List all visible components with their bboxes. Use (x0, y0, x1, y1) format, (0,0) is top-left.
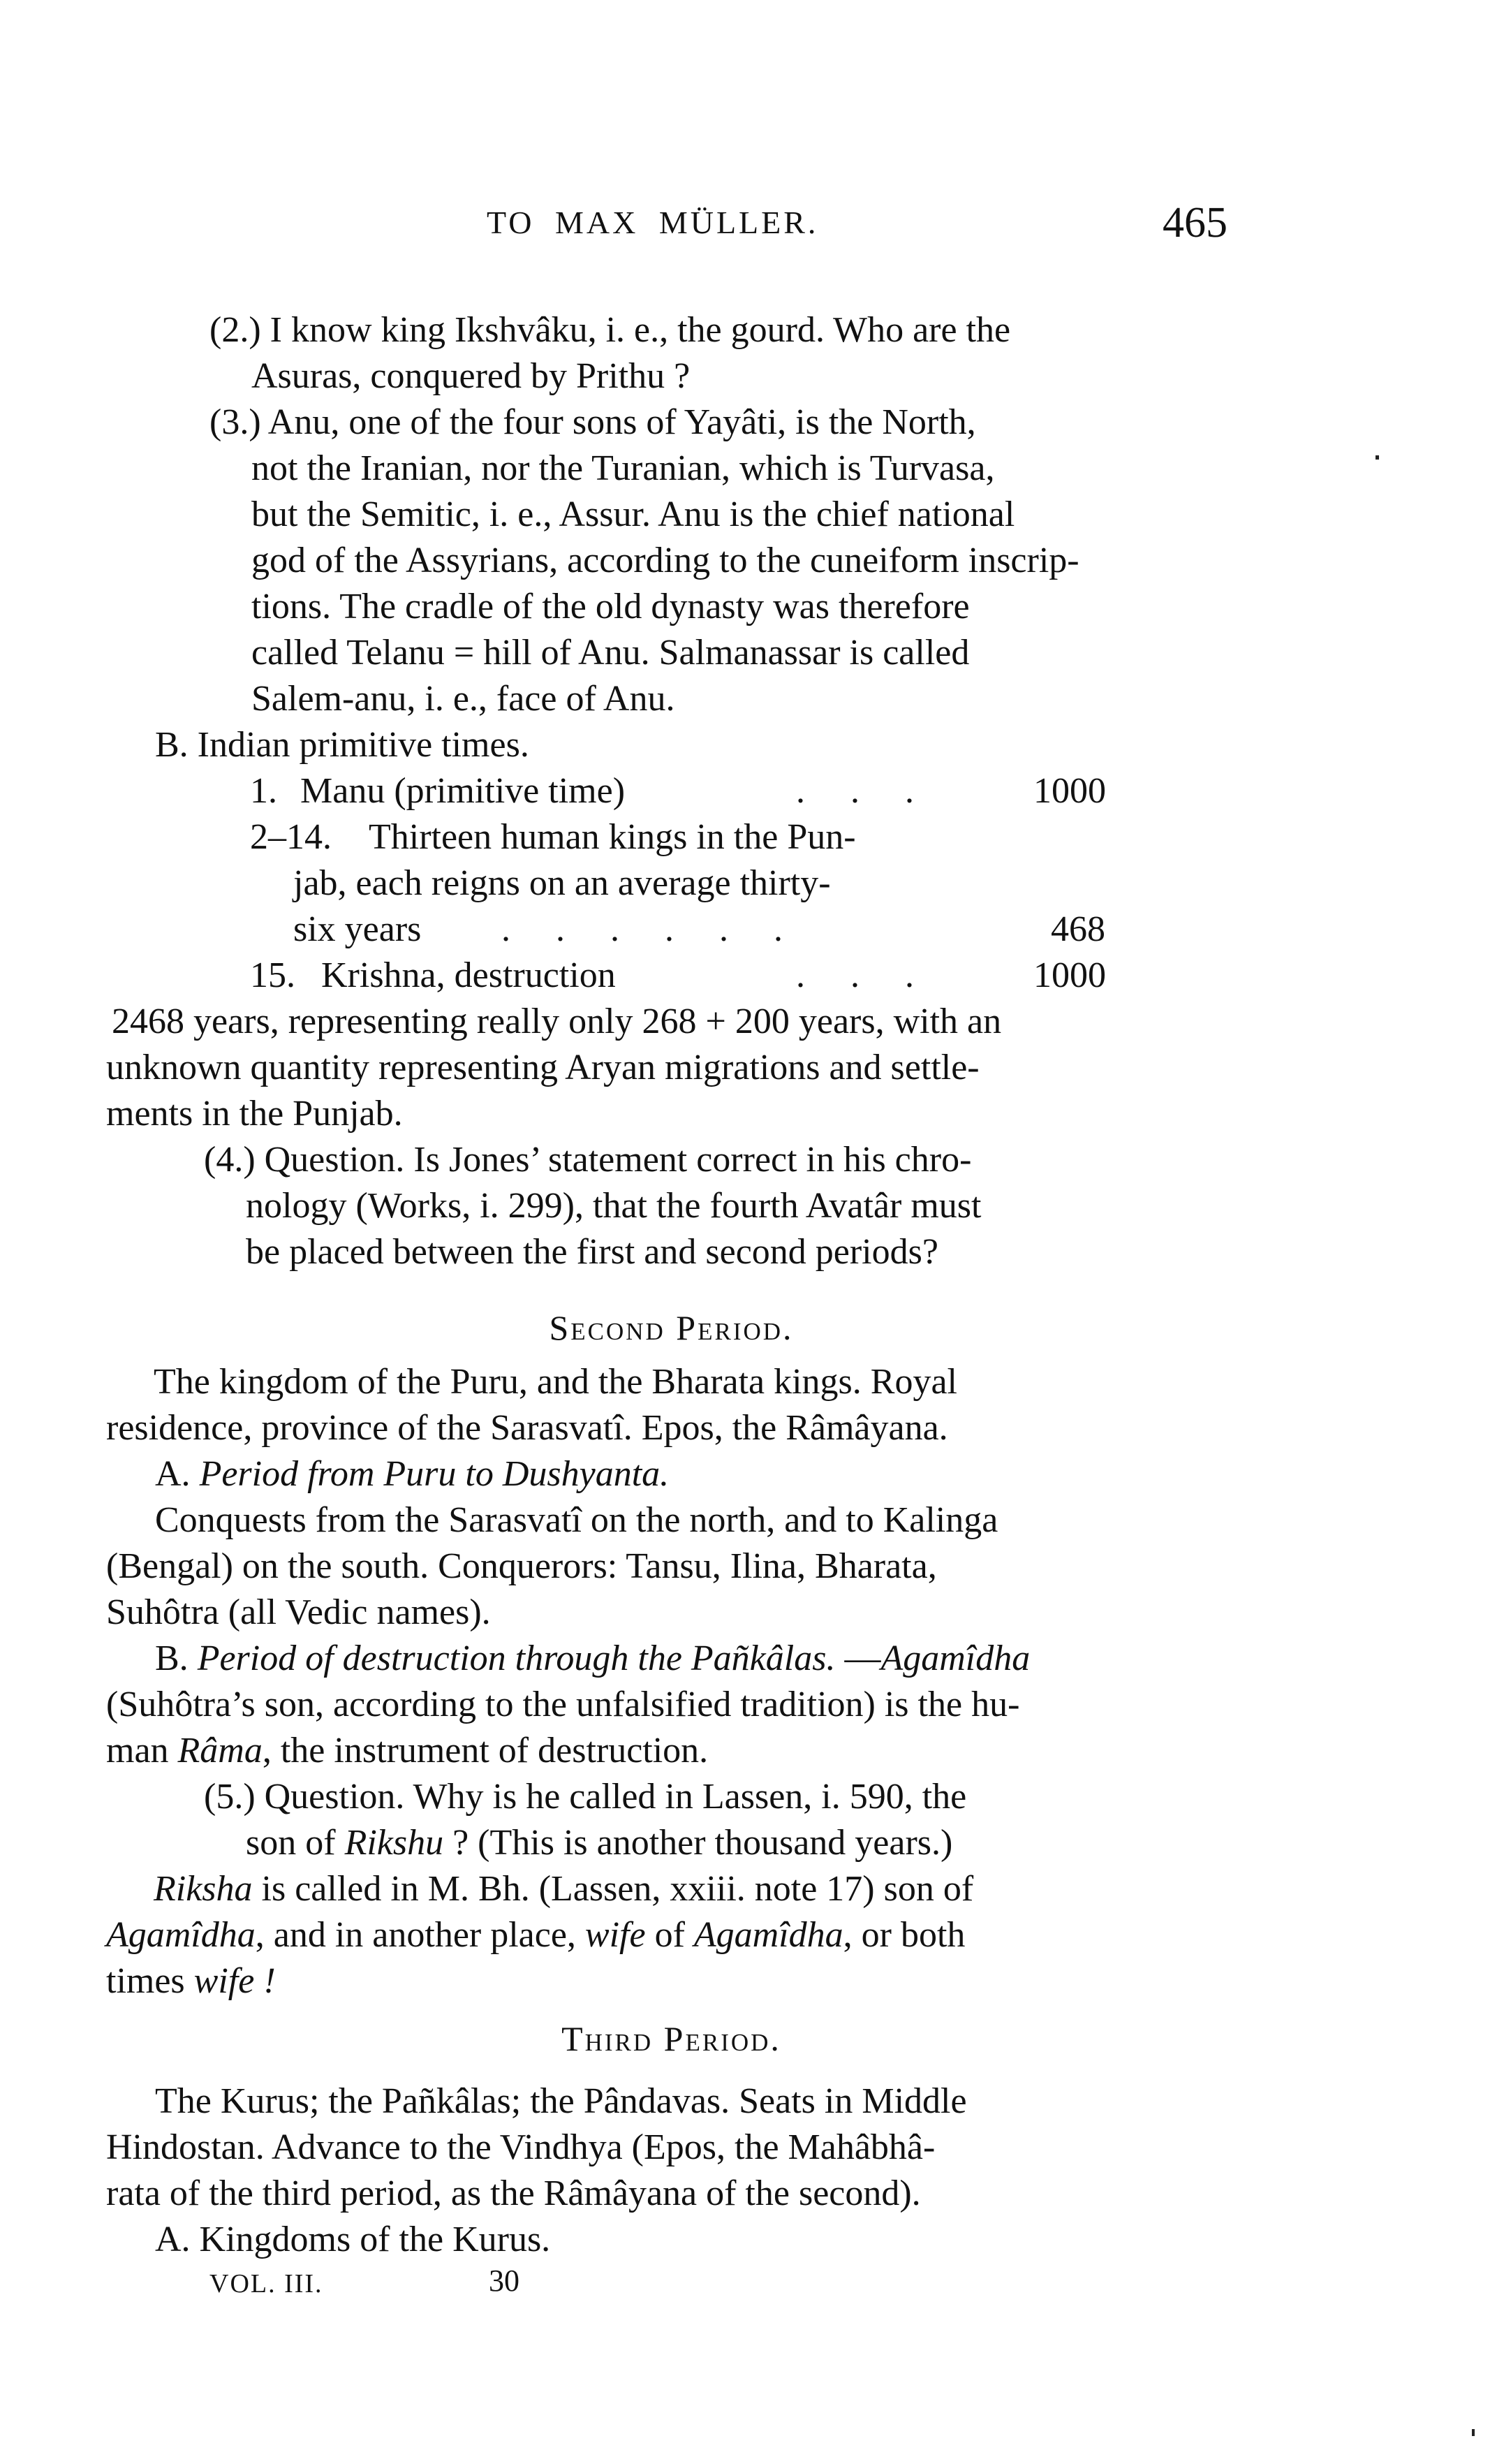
item-3-line-2: not the Iranian, nor the Turanian, which… (251, 446, 994, 492)
item-5-line-2: son of Rikshu ? (This is another thousan… (246, 1820, 952, 1866)
chronology-1-text: Manu (primitive time) (300, 768, 625, 814)
p4-of: of (655, 1915, 685, 1955)
item-2-line-1: (2.) I know king Ikshvâku, i. e., the go… (209, 307, 1237, 353)
item-3-line-5: tions. The cradle of the old dynasty was… (251, 584, 970, 630)
second-period-p3-line-2: (Suhôtra’s son, according to the unfalsi… (106, 1682, 1019, 1728)
signature-number: 30 (489, 2263, 519, 2298)
second-period-p4-line-2: Agamîdha, and in another place, wife of … (106, 1912, 965, 1958)
a-heading-label: A. (155, 1454, 191, 1494)
chronology-3-number: 15. (250, 953, 295, 999)
chronology-1-number: 1. (250, 768, 277, 814)
p4-wife-2: wife ! (194, 1961, 276, 2001)
b-heading-name: Agamîdha (880, 1638, 1030, 1678)
a-heading-text: Period from Puru to Dushyanta. (200, 1454, 670, 1494)
p3-rama: Râma (178, 1731, 263, 1770)
second-period-p3-line-3: man Râma, the instrument of destruction. (106, 1728, 708, 1774)
p4-agamidha-1: Agamîdha (106, 1915, 256, 1955)
second-period-p4-line-3: times wife ! (106, 1958, 276, 2004)
p3-text-end: , the instrument of destruction. (263, 1731, 708, 1770)
p3-text: man (106, 1731, 169, 1770)
second-period-b-heading: B. Period of destruction through the Pañ… (155, 1636, 1030, 1682)
b-heading-dash: — (844, 1638, 880, 1678)
item-4-line-3: be placed between the first and second p… (246, 1229, 938, 1275)
page-number: 465 (1163, 198, 1227, 248)
p4-text-2: , and in another place, (256, 1915, 576, 1955)
signature-mark: VOL. III. (209, 2268, 323, 2299)
p4-riksha: Riksha (154, 1869, 253, 1909)
q5-text: son of (246, 1823, 336, 1863)
chronology-1-leader-dots: . . . (796, 768, 914, 814)
third-period-heading: Third Period. (106, 2016, 1237, 2062)
item-4-line-2: nology (Works, i. 299), that the fourth … (246, 1183, 981, 1229)
scan-speck (1376, 455, 1379, 460)
chronology-2-text: Thirteen human kings in the Pun- (369, 814, 856, 860)
third-period-p1-line-3: rata of the third period, as the Râmâyan… (106, 2171, 921, 2217)
chronology-1-years: 1000 (1033, 768, 1106, 814)
chronology-2-text-cont: jab, each reigns on an average thirty- (293, 860, 831, 907)
summary-line-3: ments in the Punjab. (106, 1091, 403, 1137)
second-period-p2-line-1: Conquests from the Sarasvatî on the nort… (155, 1497, 998, 1543)
p4-text: is called in M. Bh. (Lassen, xxiii. note… (262, 1869, 974, 1909)
second-period-p2-line-3: Suhôtra (all Vedic names). (106, 1590, 491, 1636)
running-head-title: TO MAX MÜLLER. (487, 204, 818, 241)
second-period-p2-line-2: (Bengal) on the south. Conquerors: Tansu… (106, 1543, 937, 1590)
second-period-p4-line-1: Riksha is called in M. Bh. (Lassen, xxii… (154, 1866, 973, 1912)
b-heading-label: B. (155, 1638, 189, 1678)
chronology-2-years: 468 (1051, 907, 1105, 953)
p4-agamidha-2: Agamîdha (694, 1915, 843, 1955)
q5-text-end: ? (This is another thousand years.) (452, 1823, 952, 1863)
summary-line-1: 2468 years, representing really only 268… (112, 999, 1001, 1045)
second-period-p1-line-2: residence, province of the Sarasvatî. Ep… (106, 1405, 948, 1451)
item-2-line-2: Asuras, conquered by Prithu ? (251, 353, 690, 399)
second-period-heading: Second Period. (106, 1305, 1237, 1351)
item-3-line-4: god of the Assyrians, according to the c… (251, 538, 1079, 584)
chronology-3-leader-dots: . . . (796, 953, 914, 999)
third-period-p1-line-1: The Kurus; the Pañkâlas; the Pândavas. S… (155, 2078, 967, 2125)
section-b-heading: B. Indian primitive times. (155, 722, 529, 768)
item-3-line-7: Salem-anu, i. e., face of Anu. (251, 676, 674, 722)
item-3-line-3: but the Semitic, i. e., Assur. Anu is th… (251, 492, 1015, 538)
p4-text-3: , or both (843, 1915, 966, 1955)
second-period-p1-line-1: The kingdom of the Puru, and the Bharata… (154, 1359, 957, 1405)
third-period-a-heading: A. Kingdoms of the Kurus. (155, 2217, 550, 2263)
scan-speck (1472, 2429, 1475, 2436)
book-page: TO MAX MÜLLER. 465 (2.) I know king Iksh… (0, 0, 1497, 2464)
chronology-2-leader-dots: . . . . . . (501, 907, 783, 953)
chronology-2-number: 2–14. (250, 814, 332, 860)
p4-times: times (106, 1961, 185, 2001)
third-period-p1-line-2: Hindostan. Advance to the Vindhya (Epos,… (106, 2125, 935, 2171)
b-heading-text: Period of destruction through the Pañkâl… (198, 1638, 836, 1678)
item-5-line-1: (5.) Question. Why is he called in Lasse… (204, 1774, 966, 1820)
chronology-3-text: Krishna, destruction (321, 953, 616, 999)
second-period-a-heading: A. Period from Puru to Dushyanta. (155, 1451, 669, 1497)
p4-wife-1: wife (585, 1915, 646, 1955)
item-3-line-1: (3.) Anu, one of the four sons of Yayâti… (209, 399, 976, 446)
summary-line-2: unknown quantity representing Aryan migr… (106, 1045, 980, 1091)
chronology-3-years: 1000 (1033, 953, 1106, 999)
chronology-2-text-cont-2: six years (293, 907, 421, 953)
item-3-line-6: called Telanu = hill of Anu. Salmanassar… (251, 630, 969, 676)
item-4-line-1: (4.) Question. Is Jones’ statement corre… (204, 1137, 971, 1183)
q5-rikshu: Rikshu (345, 1823, 444, 1863)
